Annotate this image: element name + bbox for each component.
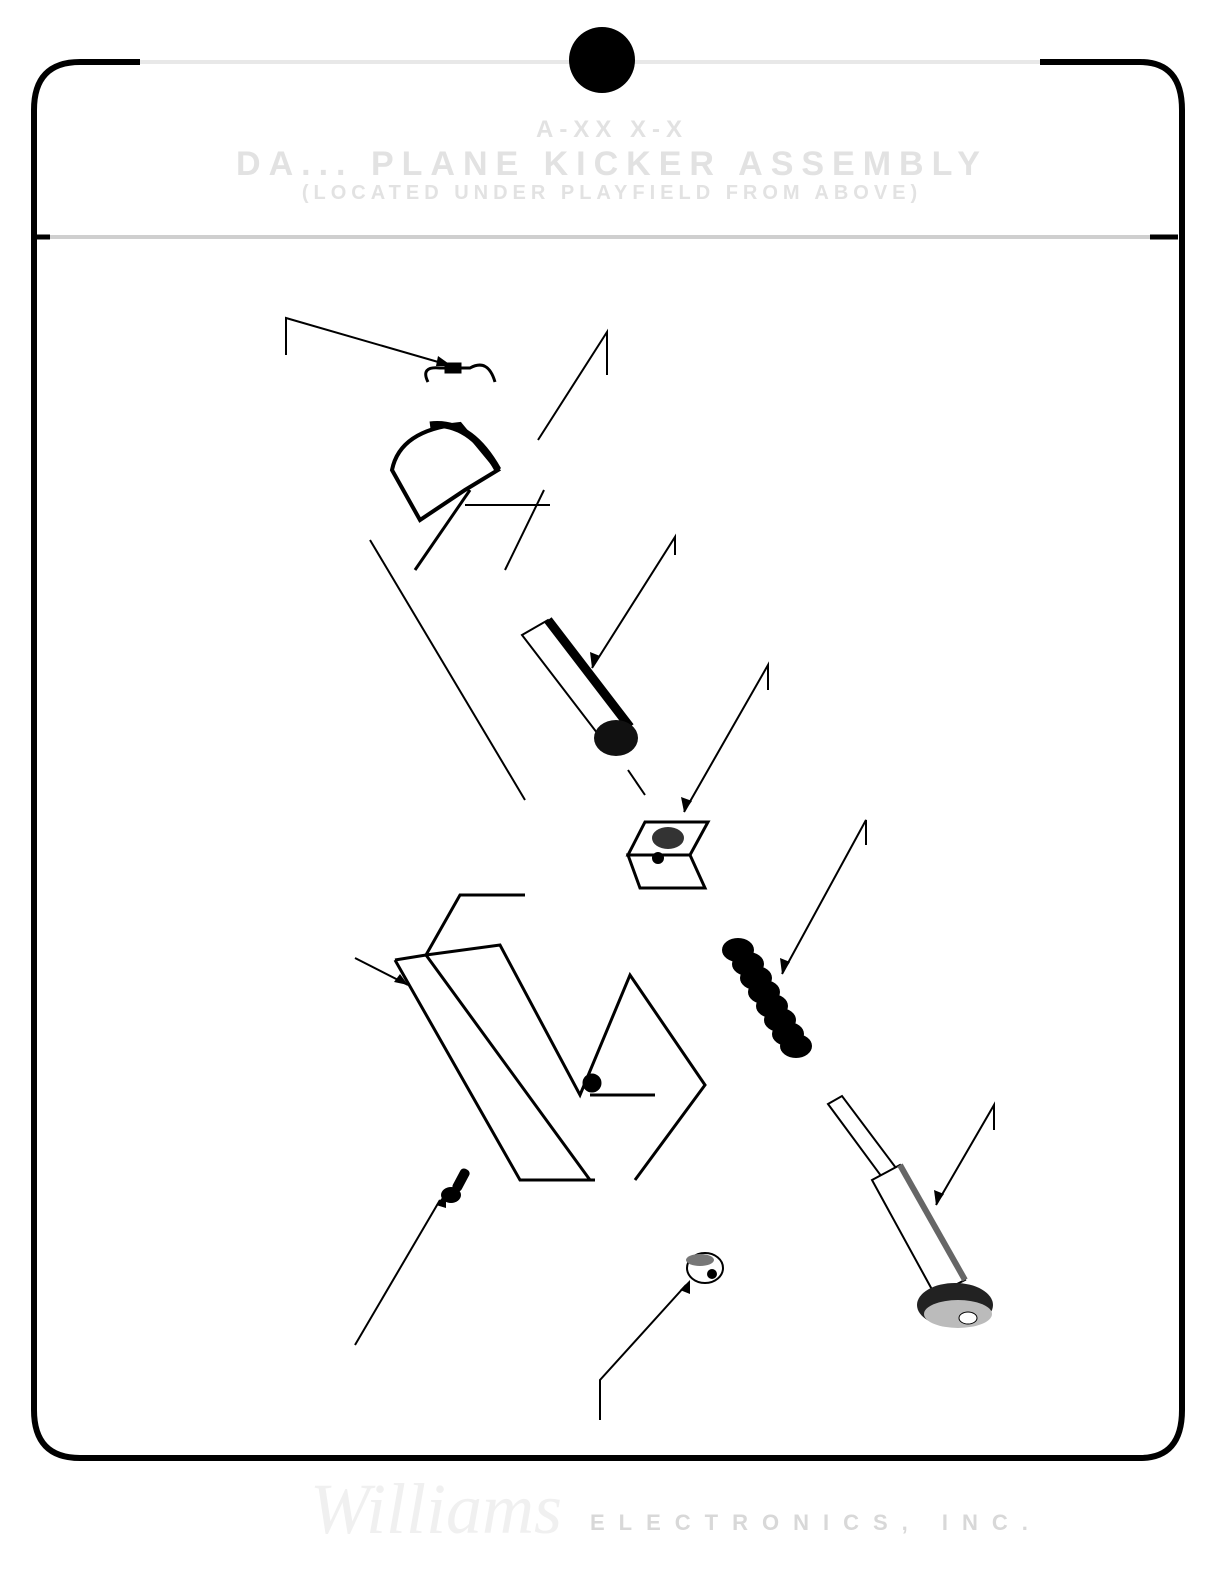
diagram-canvas <box>0 0 1224 1584</box>
assembly-title: DA... PLANE KICKER ASSEMBLY <box>0 145 1224 184</box>
plunger-sleeve-part <box>522 620 645 795</box>
arc-bracket-part <box>392 424 550 570</box>
nut-part <box>686 1253 723 1283</box>
binder-hole <box>569 27 635 93</box>
screw-part <box>441 1167 471 1203</box>
plunger-shaft-part <box>828 1096 993 1328</box>
assembly-subtitle: (LOCATED UNDER PLAYFIELD FROM ABOVE) <box>0 182 1224 205</box>
kicker-frame-part <box>395 895 705 1180</box>
drawing-number: A-XX X-X <box>0 116 1224 144</box>
page-frame <box>34 62 1182 1458</box>
mount-bracket-part <box>628 822 708 888</box>
spring-clip-part <box>426 364 495 382</box>
manual-page: A-XX X-X DA... PLANE KICKER ASSEMBLY (LO… <box>0 0 1224 1584</box>
company-name: ELECTRONICS, INC. <box>590 1510 1042 1536</box>
coil-spring-part <box>722 938 812 1058</box>
brand-logo: Williams <box>310 1468 562 1551</box>
